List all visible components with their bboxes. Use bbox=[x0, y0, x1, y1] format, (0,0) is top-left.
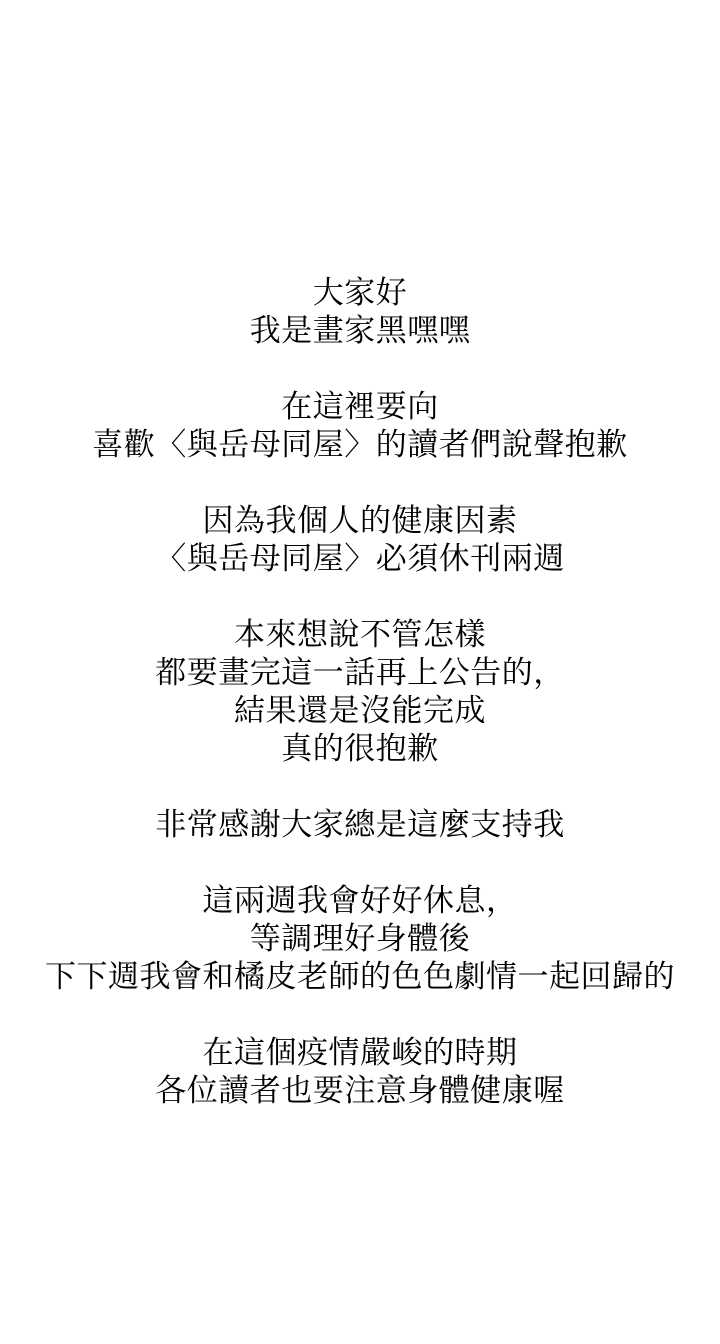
announcement-line: 喜歡〈與岳母同屋〉的讀者們說聲抱歉 bbox=[0, 426, 720, 464]
announcement-text-block: 大家好 我是畫家黑嘿嘿 在這裡要向 喜歡〈與岳母同屋〉的讀者們說聲抱歉 因為我個… bbox=[0, 274, 720, 1110]
announcement-line: 在這裡要向 bbox=[0, 388, 720, 426]
announcement-line: 我是畫家黑嘿嘿 bbox=[0, 312, 720, 350]
announcement-line: 下下週我會和橘皮老師的色色劇情一起回歸的 bbox=[0, 958, 720, 996]
announcement-line: 本來想說不管怎樣 bbox=[0, 616, 720, 654]
announcement-paragraph: 在這裡要向 喜歡〈與岳母同屋〉的讀者們說聲抱歉 bbox=[0, 388, 720, 464]
announcement-line: 這兩週我會好好休息， bbox=[0, 882, 720, 920]
announcement-paragraph: 在這個疫情嚴峻的時期 各位讀者也要注意身體健康喔 bbox=[0, 1034, 720, 1110]
announcement-paragraph: 本來想說不管怎樣 都要畫完這一話再上公告的， 結果還是沒能完成 真的很抱歉 bbox=[0, 616, 720, 768]
announcement-line: 非常感謝大家總是這麼支持我 bbox=[0, 806, 720, 844]
announcement-paragraph: 這兩週我會好好休息， 等調理好身體後 下下週我會和橘皮老師的色色劇情一起回歸的 bbox=[0, 882, 720, 996]
announcement-line: 〈與岳母同屋〉必須休刊兩週 bbox=[0, 540, 720, 578]
announcement-line: 各位讀者也要注意身體健康喔 bbox=[0, 1072, 720, 1110]
announcement-paragraph: 大家好 我是畫家黑嘿嘿 bbox=[0, 274, 720, 350]
announcement-paragraph: 因為我個人的健康因素 〈與岳母同屋〉必須休刊兩週 bbox=[0, 502, 720, 578]
announcement-line: 真的很抱歉 bbox=[0, 730, 720, 768]
announcement-line: 等調理好身體後 bbox=[0, 920, 720, 958]
announcement-paragraph: 非常感謝大家總是這麼支持我 bbox=[0, 806, 720, 844]
announcement-line: 在這個疫情嚴峻的時期 bbox=[0, 1034, 720, 1072]
announcement-line: 大家好 bbox=[0, 274, 720, 312]
announcement-line: 因為我個人的健康因素 bbox=[0, 502, 720, 540]
announcement-line: 結果還是沒能完成 bbox=[0, 692, 720, 730]
announcement-line: 都要畫完這一話再上公告的， bbox=[0, 654, 720, 692]
announcement-page: 大家好 我是畫家黑嘿嘿 在這裡要向 喜歡〈與岳母同屋〉的讀者們說聲抱歉 因為我個… bbox=[0, 0, 720, 1344]
